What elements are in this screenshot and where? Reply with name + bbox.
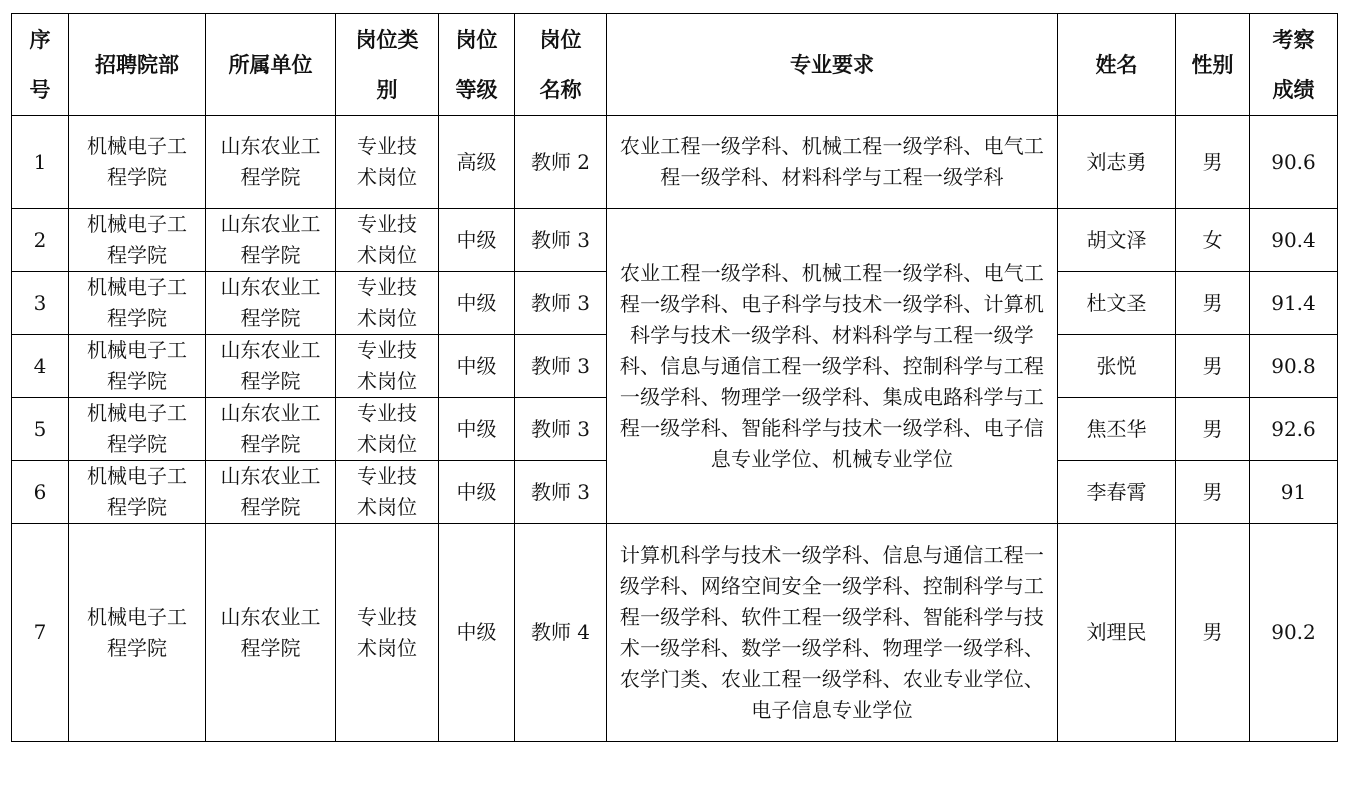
cell-gender: 女 bbox=[1176, 209, 1250, 272]
cell-post-type: 专业技术岗位 bbox=[336, 209, 439, 272]
header-post-name: 岗位名称 bbox=[515, 14, 607, 116]
cell-score: 90.4 bbox=[1250, 209, 1338, 272]
cell-unit: 山东农业工程学院 bbox=[206, 398, 336, 461]
cell-seq: 1 bbox=[12, 116, 69, 209]
cell-score: 90.6 bbox=[1250, 116, 1338, 209]
header-row: 序号 招聘院部 所属单位 岗位类别 岗位等级 岗位名称 专业要求 姓名 性别 考… bbox=[12, 14, 1338, 116]
table-row: 2 机械电子工程学院 山东农业工程学院 专业技术岗位 中级 教师 3 农业工程一… bbox=[12, 209, 1338, 272]
header-name: 姓名 bbox=[1058, 14, 1176, 116]
cell-gender: 男 bbox=[1176, 116, 1250, 209]
cell-seq: 6 bbox=[12, 461, 69, 524]
cell-post-type: 专业技术岗位 bbox=[336, 524, 439, 742]
cell-seq: 4 bbox=[12, 335, 69, 398]
table-row: 7 机械电子工程学院 山东农业工程学院 专业技术岗位 中级 教师 4 计算机科学… bbox=[12, 524, 1338, 742]
header-post-level: 岗位等级 bbox=[439, 14, 515, 116]
cell-dept: 机械电子工程学院 bbox=[69, 116, 206, 209]
cell-post-name: 教师 3 bbox=[515, 461, 607, 524]
cell-name: 胡文泽 bbox=[1058, 209, 1176, 272]
cell-score: 91 bbox=[1250, 461, 1338, 524]
cell-dept: 机械电子工程学院 bbox=[69, 335, 206, 398]
cell-post-name: 教师 3 bbox=[515, 209, 607, 272]
cell-post-name: 教师 3 bbox=[515, 335, 607, 398]
cell-major: 计算机科学与技术一级学科、信息与通信工程一级学科、网络空间安全一级学科、控制科学… bbox=[607, 524, 1058, 742]
cell-post-name: 教师 3 bbox=[515, 398, 607, 461]
cell-post-level: 高级 bbox=[439, 116, 515, 209]
cell-unit: 山东农业工程学院 bbox=[206, 209, 336, 272]
cell-dept: 机械电子工程学院 bbox=[69, 524, 206, 742]
cell-post-level: 中级 bbox=[439, 461, 515, 524]
cell-post-name: 教师 2 bbox=[515, 116, 607, 209]
cell-name: 李春霄 bbox=[1058, 461, 1176, 524]
cell-post-level: 中级 bbox=[439, 398, 515, 461]
cell-gender: 男 bbox=[1176, 524, 1250, 742]
cell-post-type: 专业技术岗位 bbox=[336, 398, 439, 461]
cell-name: 杜文圣 bbox=[1058, 272, 1176, 335]
cell-name: 刘志勇 bbox=[1058, 116, 1176, 209]
cell-post-level: 中级 bbox=[439, 209, 515, 272]
cell-post-name: 教师 4 bbox=[515, 524, 607, 742]
cell-dept: 机械电子工程学院 bbox=[69, 461, 206, 524]
cell-dept: 机械电子工程学院 bbox=[69, 272, 206, 335]
cell-post-type: 专业技术岗位 bbox=[336, 272, 439, 335]
cell-major: 农业工程一级学科、机械工程一级学科、电气工程一级学科、电子科学与技术一级学科、计… bbox=[607, 209, 1058, 524]
cell-dept: 机械电子工程学院 bbox=[69, 398, 206, 461]
cell-post-type: 专业技术岗位 bbox=[336, 335, 439, 398]
recruitment-results-table: 序号 招聘院部 所属单位 岗位类别 岗位等级 岗位名称 专业要求 姓名 性别 考… bbox=[11, 13, 1338, 742]
cell-post-type: 专业技术岗位 bbox=[336, 116, 439, 209]
header-post-type: 岗位类别 bbox=[336, 14, 439, 116]
cell-post-level: 中级 bbox=[439, 272, 515, 335]
cell-seq: 5 bbox=[12, 398, 69, 461]
header-score: 考察成绩 bbox=[1250, 14, 1338, 116]
header-dept: 招聘院部 bbox=[69, 14, 206, 116]
table-row: 1 机械电子工程学院 山东农业工程学院 专业技术岗位 高级 教师 2 农业工程一… bbox=[12, 116, 1338, 209]
cell-score: 90.8 bbox=[1250, 335, 1338, 398]
header-unit: 所属单位 bbox=[206, 14, 336, 116]
cell-post-type: 专业技术岗位 bbox=[336, 461, 439, 524]
cell-post-level: 中级 bbox=[439, 524, 515, 742]
cell-gender: 男 bbox=[1176, 398, 1250, 461]
header-seq: 序号 bbox=[12, 14, 69, 116]
cell-score: 90.2 bbox=[1250, 524, 1338, 742]
cell-post-level: 中级 bbox=[439, 335, 515, 398]
cell-score: 92.6 bbox=[1250, 398, 1338, 461]
cell-dept: 机械电子工程学院 bbox=[69, 209, 206, 272]
cell-gender: 男 bbox=[1176, 461, 1250, 524]
cell-gender: 男 bbox=[1176, 272, 1250, 335]
cell-major: 农业工程一级学科、机械工程一级学科、电气工程一级学科、材料科学与工程一级学科 bbox=[607, 116, 1058, 209]
cell-seq: 3 bbox=[12, 272, 69, 335]
cell-seq: 7 bbox=[12, 524, 69, 742]
cell-name: 刘理民 bbox=[1058, 524, 1176, 742]
cell-gender: 男 bbox=[1176, 335, 1250, 398]
header-major: 专业要求 bbox=[607, 14, 1058, 116]
cell-unit: 山东农业工程学院 bbox=[206, 461, 336, 524]
cell-seq: 2 bbox=[12, 209, 69, 272]
cell-unit: 山东农业工程学院 bbox=[206, 116, 336, 209]
cell-score: 91.4 bbox=[1250, 272, 1338, 335]
cell-name: 张悦 bbox=[1058, 335, 1176, 398]
cell-post-name: 教师 3 bbox=[515, 272, 607, 335]
cell-unit: 山东农业工程学院 bbox=[206, 272, 336, 335]
header-gender: 性别 bbox=[1176, 14, 1250, 116]
cell-unit: 山东农业工程学院 bbox=[206, 524, 336, 742]
cell-name: 焦丕华 bbox=[1058, 398, 1176, 461]
cell-unit: 山东农业工程学院 bbox=[206, 335, 336, 398]
